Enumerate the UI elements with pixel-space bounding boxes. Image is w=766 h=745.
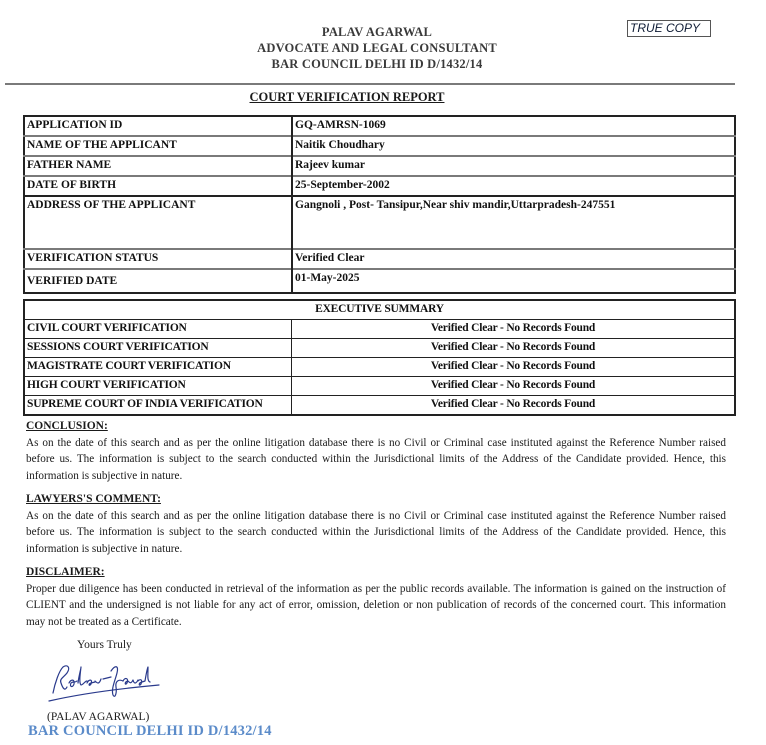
table-row: HIGH COURT VERIFICATION Verified Clear -… [24, 377, 735, 396]
row-value: Verified Clear - No Records Found [292, 396, 736, 416]
lawyers-comment-heading: LAWYERS'S COMMENT: [26, 491, 726, 508]
row-label: VERIFIED DATE [24, 269, 292, 293]
verified-date-value: 01-May-2025 [292, 269, 735, 293]
applicant-name-value: Naitik Choudhary [292, 136, 735, 156]
application-id-value: GQ-AMRSN-1069 [292, 116, 735, 136]
row-label: SUPREME COURT OF INDIA VERIFICATION [24, 396, 292, 416]
father-name-value: Rajeev kumar [292, 156, 735, 176]
table-row: DATE OF BIRTH 25-September-2002 [24, 176, 735, 196]
true-copy-stamp: TRUE COPY [627, 20, 711, 37]
lawyers-comment-section: LAWYERS'S COMMENT: As on the date of thi… [26, 491, 726, 557]
conclusion-text: As on the date of this search and as per… [26, 435, 726, 485]
table-row: MAGISTRATE COURT VERIFICATION Verified C… [24, 358, 735, 377]
date-of-birth-value: 25-September-2002 [292, 176, 735, 196]
row-label: FATHER NAME [24, 156, 292, 176]
address-value: Gangnoli , Post- Tansipur,Near shiv mand… [292, 196, 735, 249]
row-value: Verified Clear - No Records Found [292, 339, 736, 358]
table-row: APPLICATION ID GQ-AMRSN-1069 [24, 116, 735, 136]
conclusion-section: CONCLUSION: As on the date of this searc… [26, 418, 726, 484]
summary-header-row: EXECUTIVE SUMMARY [24, 300, 735, 320]
disclaimer-text: Proper due diligence has been conducted … [26, 581, 726, 631]
table-row: NAME OF THE APPLICANT Naitik Choudhary [24, 136, 735, 156]
table-row: VERIFICATION STATUS Verified Clear [24, 249, 735, 269]
applicant-details-table: APPLICATION ID GQ-AMRSN-1069 NAME OF THE… [23, 115, 736, 294]
row-label: DATE OF BIRTH [24, 176, 292, 196]
report-title: COURT VERIFICATION REPORT [0, 90, 694, 105]
verification-status-value: Verified Clear [292, 249, 735, 269]
row-label: APPLICATION ID [24, 116, 292, 136]
advocate-title: ADVOCATE AND LEGAL CONSULTANT [0, 40, 766, 56]
executive-summary-heading: EXECUTIVE SUMMARY [24, 300, 735, 320]
closing-salutation: Yours Truly [77, 639, 132, 651]
table-row: ADDRESS OF THE APPLICANT Gangnoli , Post… [24, 196, 735, 249]
table-row: CIVIL COURT VERIFICATION Verified Clear … [24, 320, 735, 339]
row-label: ADDRESS OF THE APPLICANT [24, 196, 292, 249]
executive-summary-table: EXECUTIVE SUMMARY CIVIL COURT VERIFICATI… [23, 299, 736, 416]
row-value: Verified Clear - No Records Found [292, 320, 736, 339]
row-label: MAGISTRATE COURT VERIFICATION [24, 358, 292, 377]
row-value: Verified Clear - No Records Found [292, 358, 736, 377]
table-row: VERIFIED DATE 01-May-2025 [24, 269, 735, 293]
bar-council-id: BAR COUNCIL DELHI ID D/1432/14 [0, 56, 766, 72]
table-row: SESSIONS COURT VERIFICATION Verified Cle… [24, 339, 735, 358]
disclaimer-section: DISCLAIMER: Proper due diligence has bee… [26, 564, 726, 630]
table-row: SUPREME COURT OF INDIA VERIFICATION Veri… [24, 396, 735, 416]
row-label: SESSIONS COURT VERIFICATION [24, 339, 292, 358]
lawyers-comment-text: As on the date of this search and as per… [26, 508, 726, 558]
header-divider [5, 83, 735, 85]
row-label: NAME OF THE APPLICANT [24, 136, 292, 156]
conclusion-heading: CONCLUSION: [26, 418, 726, 435]
row-label: HIGH COURT VERIFICATION [24, 377, 292, 396]
disclaimer-heading: DISCLAIMER: [26, 564, 726, 581]
row-value: Verified Clear - No Records Found [292, 377, 736, 396]
row-label: CIVIL COURT VERIFICATION [24, 320, 292, 339]
row-label: VERIFICATION STATUS [24, 249, 292, 269]
signatory-bar-council-id: BAR COUNCIL DELHI ID D/1432/14 [28, 723, 272, 740]
table-row: FATHER NAME Rajeev kumar [24, 156, 735, 176]
signatory-name: (PALAV AGARWAL) [47, 711, 149, 723]
signature-image [45, 657, 165, 707]
